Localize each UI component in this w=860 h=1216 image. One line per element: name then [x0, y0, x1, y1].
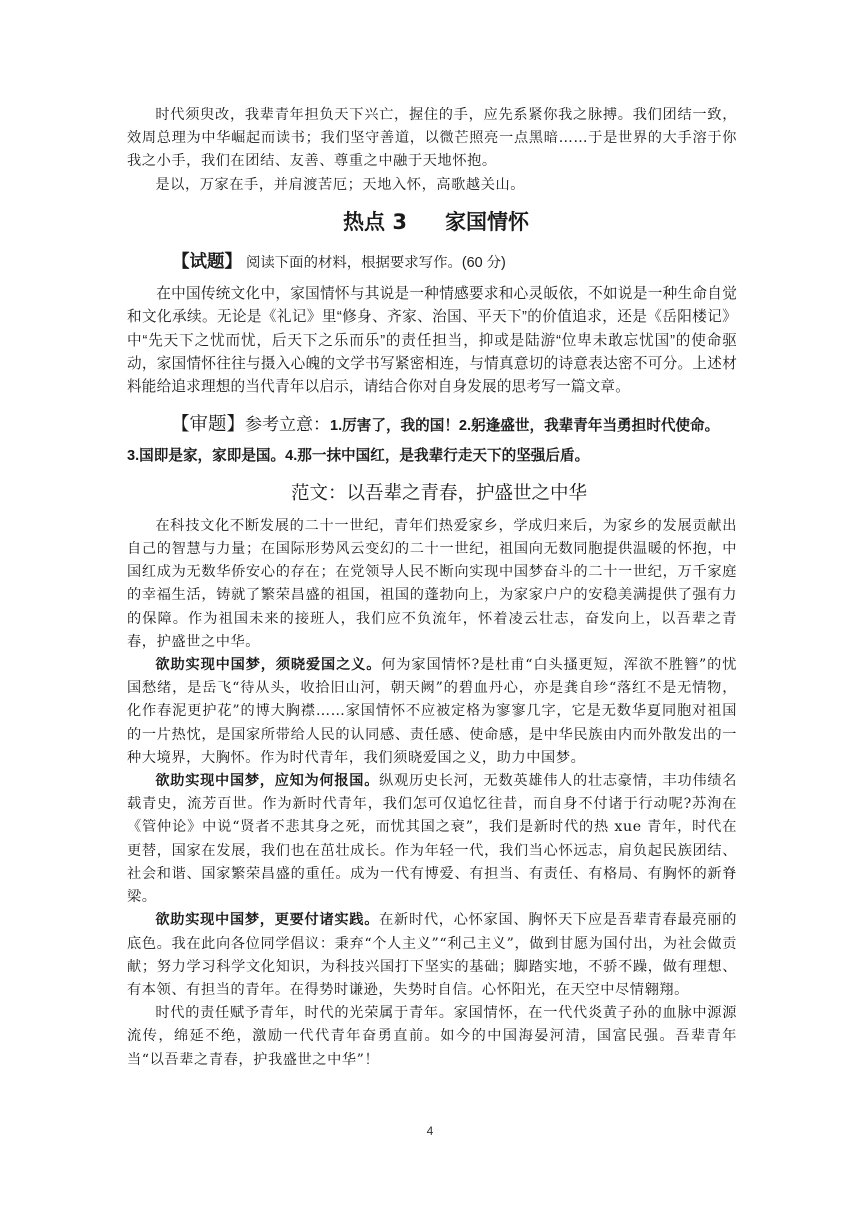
analysis-points-2: 3.国即是家，家即是国。4.那一抹中国红，是我辈行走天下的坚强后盾。	[127, 448, 589, 464]
essay-paragraph-1-text: 在科技文化不断发展的二十一世纪，青年们热爱家乡，学成归来后，为家乡的发展贡献出自…	[127, 518, 737, 650]
analysis-points-1: 1.厉害了，我的国！2.躬逢盛世，我辈青年当勇担时代使命。	[330, 418, 719, 434]
essay-paragraph-2: 欲助实现中国梦，须晓爱国之义。何为家国情怀?是杜甫“白头搔更短，浑欲不胜簪”的忧…	[127, 654, 737, 770]
essay-paragraph-3-lead: 欲助实现中国梦，应知为何报国。	[155, 773, 379, 789]
intro-paragraph-1: 时代须臾改，我辈青年担负天下兴亡，握住的手，应先系紧你我之脉搏。我们团结一致，效…	[127, 104, 737, 174]
analysis-line-1: 【审题】参考立意：1.厉害了，我的国！2.躬逢盛世，我辈青年当勇担时代使命。	[127, 410, 737, 441]
essay-paragraph-3-text: 纵观历史长河，无数英雄伟人的壮志豪情，丰功伟绩名载青史，流芳百世。作为新时代青年…	[127, 773, 737, 905]
analysis-line-2: 3.国即是家，家即是国。4.那一抹中国红，是我辈行走天下的坚强后盾。	[127, 441, 737, 471]
analysis-lead: 参考立意：	[245, 415, 330, 435]
question-header: 【试题】 阅读下面的材料，根据要求写作。(60 分)	[127, 249, 737, 275]
question-label: 【试题】	[172, 252, 242, 272]
hot-topic-title: 家国情怀	[445, 210, 529, 234]
essay-paragraph-4-lead: 欲助实现中国梦，更要付诸实践。	[155, 912, 379, 928]
analysis-block: 【审题】参考立意：1.厉害了，我的国！2.躬逢盛世，我辈青年当勇担时代使命。 3…	[127, 410, 737, 471]
essay-paragraph-1: 在科技文化不断发展的二十一世纪，青年们热爱家乡，学成归来后，为家乡的发展贡献出自…	[127, 515, 737, 654]
hot-topic-heading: 热点 3家国情怀	[127, 203, 737, 241]
question-material: 在中国传统文化中，家国情怀与其说是一种情感要求和心灵皈依，不如说是一种生命自觉和…	[127, 283, 737, 400]
analysis-label: 【审题】	[171, 414, 245, 435]
document-page: 时代须臾改，我辈青年担负天下兴亡，握住的手，应先系紧你我之脉搏。我们团结一致，效…	[0, 0, 860, 1216]
essay-paragraph-5: 时代的责任赋予青年，时代的光荣属于青年。家国情怀，在一代代炎黄子孙的血脉中源源流…	[127, 1002, 737, 1072]
page-number: 4	[0, 1124, 860, 1138]
page-content: 时代须臾改，我辈青年担负天下兴亡，握住的手，应先系紧你我之脉搏。我们团结一致，效…	[127, 104, 737, 1072]
essay-title: 范文：以吾辈之青春，护盛世之中华	[127, 479, 737, 509]
essay-paragraph-2-text: 何为家国情怀?是杜甫“白头搔更短，浑欲不胜簪”的忧国愁绪，是岳飞“待从头，收拾旧…	[127, 657, 737, 766]
essay-paragraph-3: 欲助实现中国梦，应知为何报国。纵观历史长河，无数英雄伟人的壮志豪情，丰功伟绩名载…	[127, 770, 737, 909]
intro-paragraph-2: 是以，万家在手，并肩渡苦厄；天地入怀，高歌越关山。	[127, 174, 737, 197]
essay-paragraph-5-text: 时代的责任赋予青年，时代的光荣属于青年。家国情怀，在一代代炎黄子孙的血脉中源源流…	[127, 1005, 737, 1067]
hot-topic-label: 热点 3	[343, 210, 407, 234]
essay-paragraph-2-lead: 欲助实现中国梦，须晓爱国之义。	[155, 657, 381, 673]
question-instruction: 阅读下面的材料，根据要求写作。(60 分)	[246, 255, 506, 271]
essay-paragraph-4: 欲助实现中国梦，更要付诸实践。在新时代，心怀家国、胸怀天下应是吾辈青春最亮丽的底…	[127, 909, 737, 1002]
